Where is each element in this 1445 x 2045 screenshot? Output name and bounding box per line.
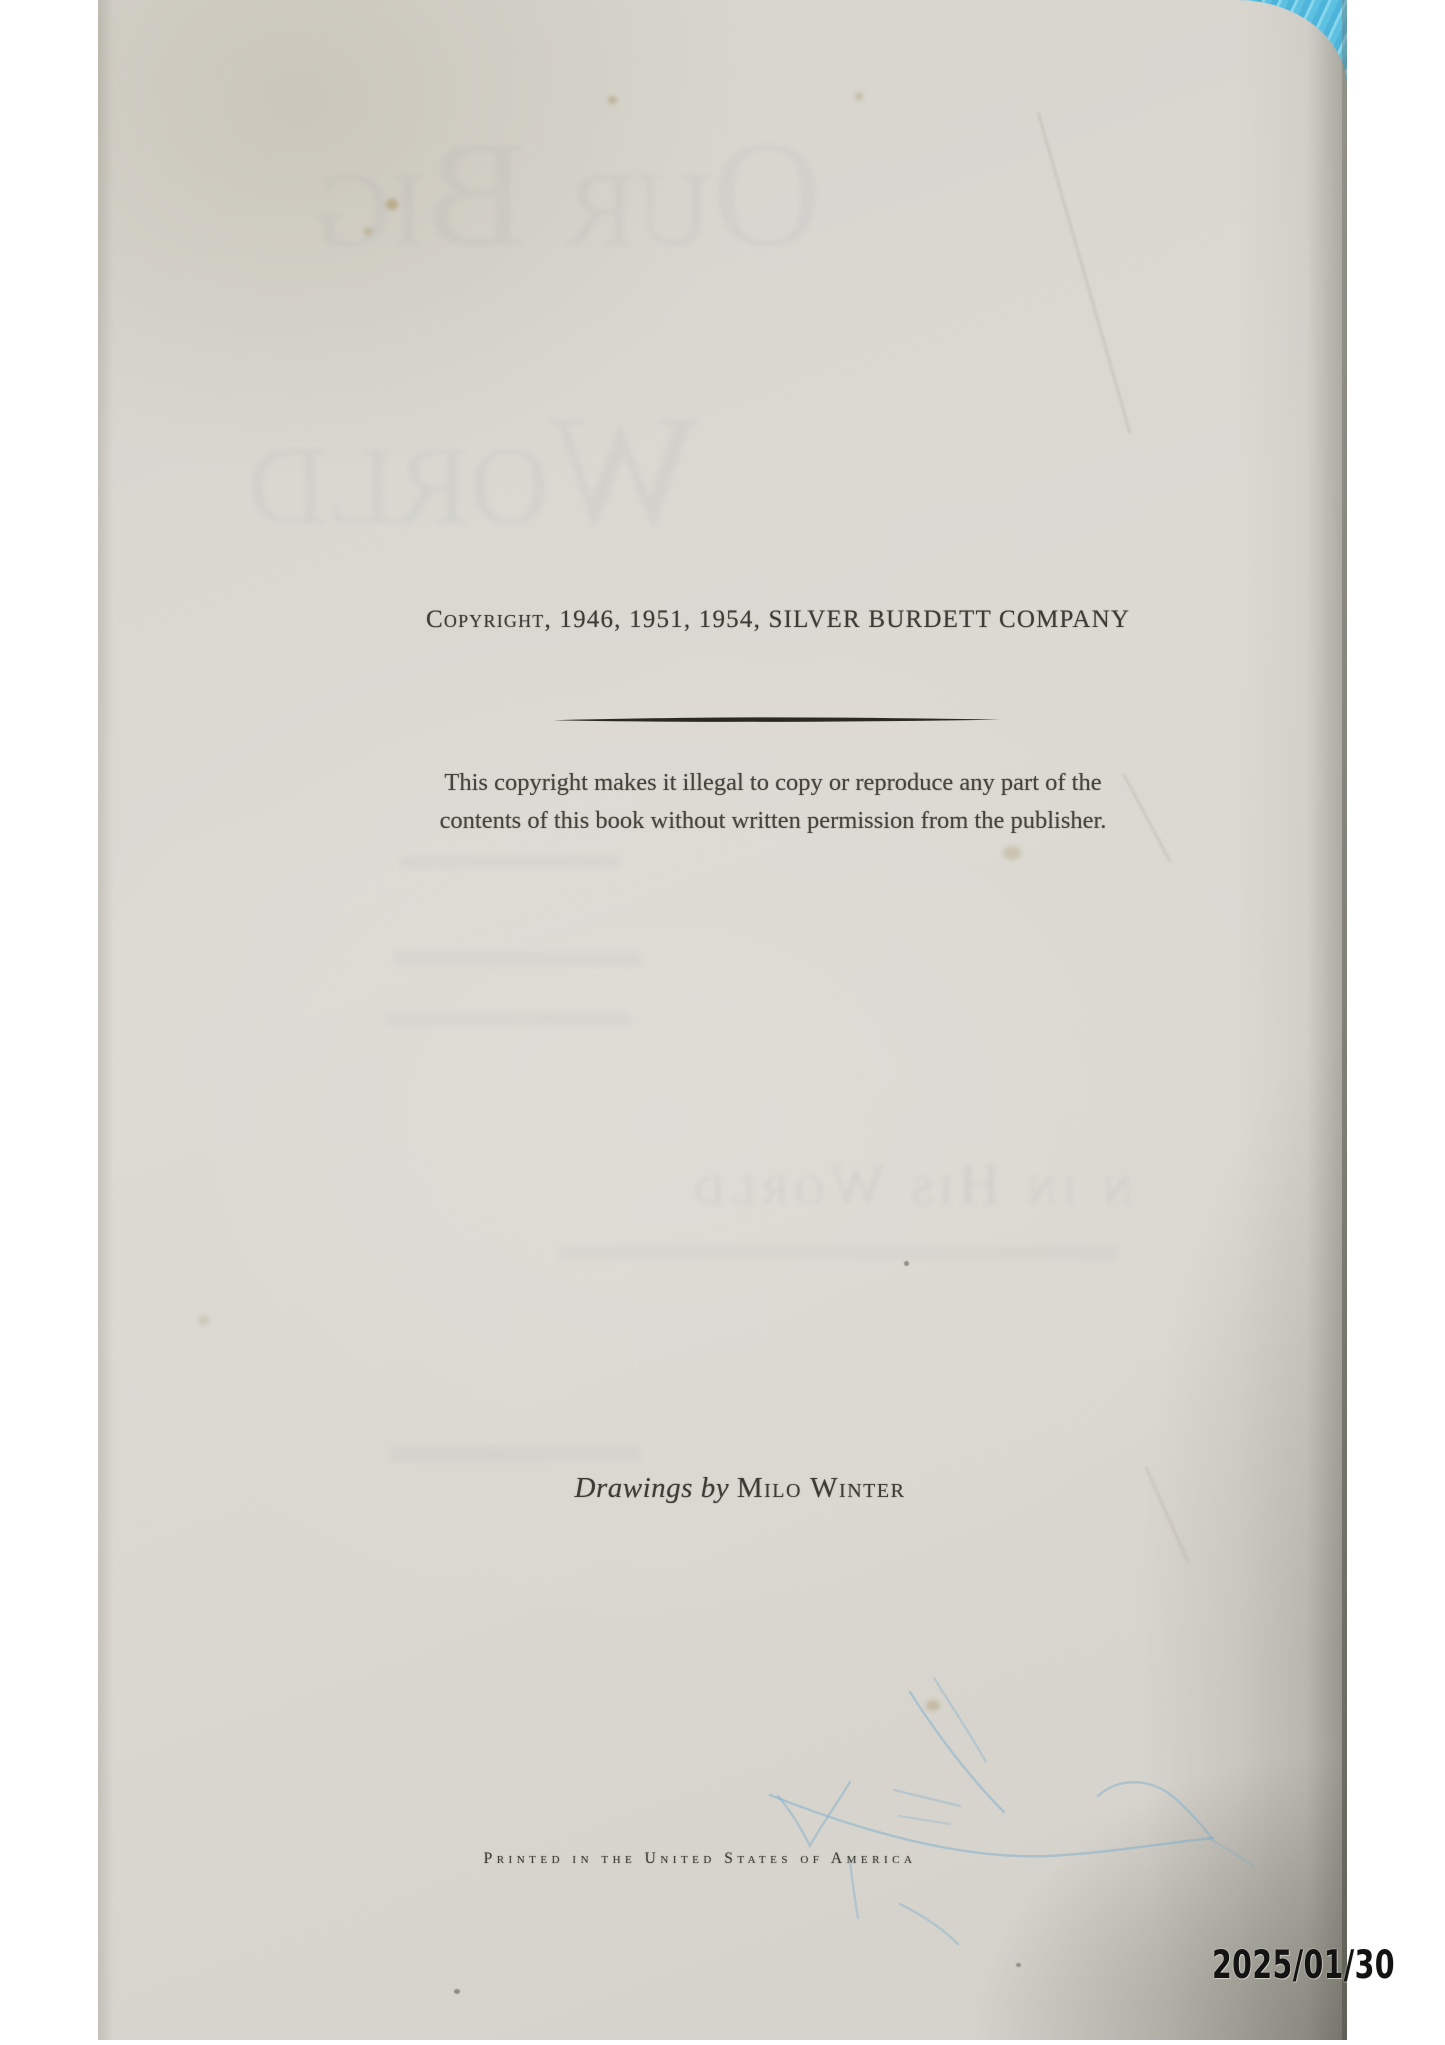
ghost-title-line-1: Our Big — [288, 118, 848, 270]
ghost-text-bar — [558, 1246, 1118, 1259]
foxing-stain — [1003, 846, 1021, 860]
date-stamp: 2025/01/30 — [1212, 1943, 1395, 1988]
copyright-line: Copyright, 1946, 1951, 1954, SILVER BURD… — [426, 606, 1126, 634]
printed-in-usa-line: Printed in the United States of America — [398, 1850, 1002, 1868]
foxing-stain — [198, 1316, 209, 1325]
foxing-stain — [608, 96, 617, 104]
photo-of-book-copyright-page: Our Big World n in His World Copyright, — [0, 0, 1445, 2045]
ghost-text-bar — [390, 1446, 640, 1462]
ghost-title-line-2: World — [213, 392, 733, 550]
illustrator-credit: Drawings by Milo Winter — [440, 1472, 1040, 1505]
credit-prefix: Drawings by — [575, 1472, 730, 1504]
notice-line-1: This copyright makes it illegal to copy … — [444, 769, 1101, 796]
foxing-stain — [364, 228, 372, 235]
credit-name: Milo Winter — [737, 1472, 906, 1504]
ink-speck — [454, 1989, 460, 1994]
tapered-rule — [553, 712, 1000, 730]
foxing-stain — [386, 199, 398, 210]
ink-speck — [904, 1261, 909, 1266]
ink-speck — [1016, 1963, 1021, 1967]
tapered-rule-shape — [553, 715, 1000, 725]
page-edge-shadow — [1342, 0, 1347, 2040]
airplane-sketch — [748, 1660, 1258, 1960]
book-page: Our Big World n in His World Copyright, — [98, 0, 1347, 2040]
foxing-stain — [855, 93, 863, 100]
book-page-photo: Our Big World n in His World Copyright, — [98, 0, 1347, 2040]
paper-crease — [1145, 1466, 1190, 1563]
ghost-text-bar — [400, 856, 620, 868]
paper-crease — [1037, 111, 1131, 434]
ghost-text-bar — [385, 1013, 630, 1025]
copyright-notice: This copyright makes it illegal to copy … — [423, 764, 1123, 840]
ghost-text-bar — [395, 952, 640, 966]
paper-crease — [1123, 773, 1172, 862]
ghost-mid-line: n in His World — [558, 1156, 1263, 1214]
notice-line-2: contents of this book without written pe… — [440, 807, 1107, 834]
